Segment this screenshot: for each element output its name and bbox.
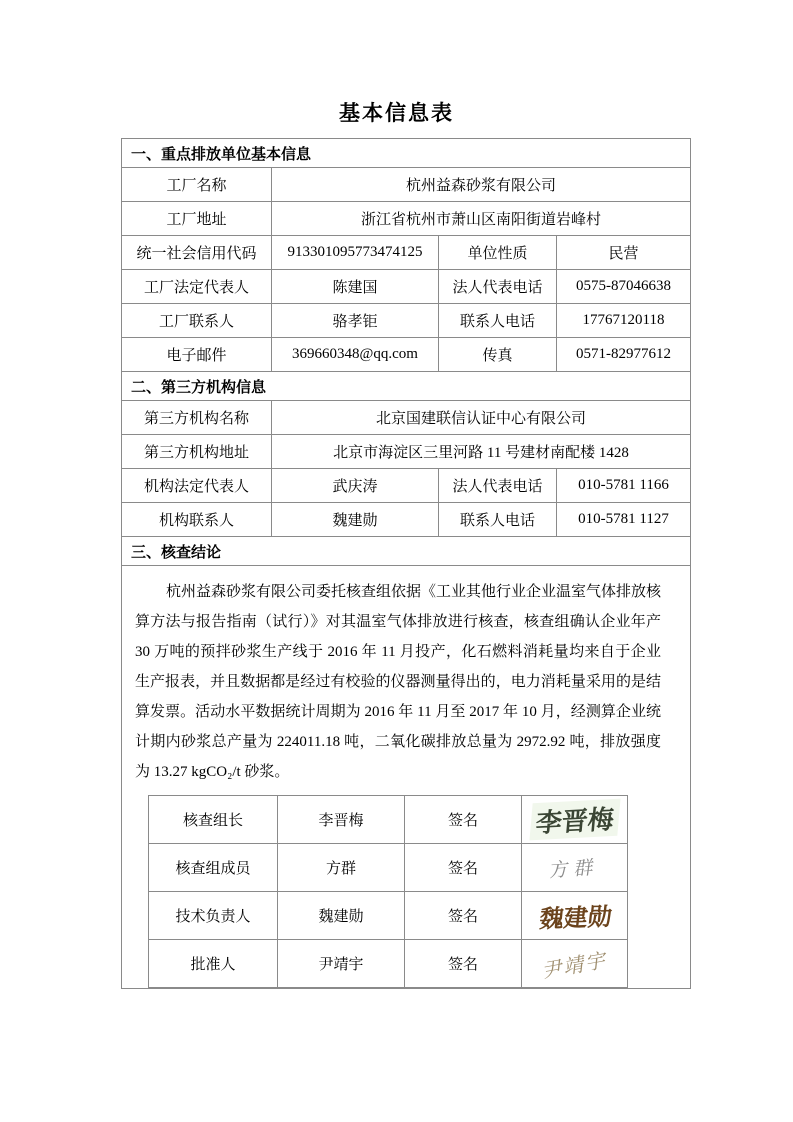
factory-contact-value: 骆孝钜: [271, 304, 438, 337]
section2-header: 二、第三方机构信息: [122, 372, 266, 400]
document-page: 基本信息表 一、重点排放单位基本信息 工厂名称 杭州益森砂浆有限公司 工厂地址 …: [0, 0, 793, 1122]
table-row-factory-name: 工厂名称 杭州益森砂浆有限公司: [122, 167, 690, 201]
conclusion-line: 算发票。活动水平数据统计周期为 2016 年 11 月至 2017 年 10 月…: [135, 697, 661, 727]
section1-header: 一、重点排放单位基本信息: [122, 139, 311, 167]
contact-phone-value: 17767120118: [556, 304, 690, 337]
section2-header-row: 二、第三方机构信息: [122, 371, 690, 400]
conclusion-line: 生产报表，并且数据都是经过有校验的仪器测量得出的，电力消耗量采用的是结: [135, 667, 661, 697]
table-row-email: 电子邮件 369660348@qq.com 传真 0571-82977612: [122, 337, 690, 371]
role-label: 核查组长: [149, 796, 277, 843]
person-name: 李晋梅: [277, 796, 404, 843]
tp-legal-rep-label: 机构法定代表人: [122, 469, 271, 502]
section3-header: 三、核查结论: [122, 537, 221, 565]
signature-row-leader: 核查组长 李晋梅 签名 李晋梅: [149, 796, 627, 843]
legal-rep-value: 陈建国: [271, 270, 438, 303]
tp-contact-value: 魏建勋: [271, 503, 438, 536]
contact-phone-label: 联系人电话: [438, 304, 556, 337]
table-row-tp-name: 第三方机构名称 北京国建联信认证中心有限公司: [122, 400, 690, 434]
legal-rep-label: 工厂法定代表人: [122, 270, 271, 303]
handwritten-signature: 李晋梅: [530, 799, 621, 841]
signature-cell: 李晋梅: [521, 796, 629, 843]
unit-nature-label: 单位性质: [438, 236, 556, 269]
conclusion-line: 为 13.27 kgCO₂/t 砂浆。: [135, 757, 661, 787]
tp-address-label: 第三方机构地址: [122, 435, 271, 468]
fax-value: 0571-82977612: [556, 338, 690, 371]
signature-cell: 方群: [521, 844, 629, 891]
tp-address-value: 北京市海淀区三里河路 11 号建材南配楼 1428: [271, 435, 690, 468]
tp-legal-rep-phone-value: 010-5781 1166: [556, 469, 690, 502]
sign-label: 签名: [404, 892, 521, 939]
tp-name-value: 北京国建联信认证中心有限公司: [271, 401, 690, 434]
credit-code-value: 913301095773474125: [271, 236, 438, 269]
table-row-legal-rep: 工厂法定代表人 陈建国 法人代表电话 0575-87046638: [122, 269, 690, 303]
role-label: 批准人: [149, 940, 277, 987]
tp-contact-phone-label: 联系人电话: [438, 503, 556, 536]
sign-label: 签名: [404, 940, 521, 987]
factory-name-label: 工厂名称: [122, 168, 271, 201]
tp-contact-phone-value: 010-5781 1127: [556, 503, 690, 536]
handwritten-signature: 尹靖宇: [541, 943, 609, 984]
signature-row-tech: 技术负责人 魏建勋 签名 魏建勋: [149, 891, 627, 939]
section1-header-row: 一、重点排放单位基本信息: [122, 139, 690, 167]
legal-rep-phone-value: 0575-87046638: [556, 270, 690, 303]
signature-cell: 魏建勋: [521, 892, 629, 939]
role-label: 核查组成员: [149, 844, 277, 891]
fax-label: 传真: [438, 338, 556, 371]
person-name: 方群: [277, 844, 404, 891]
legal-rep-phone-label: 法人代表电话: [438, 270, 556, 303]
email-value: 369660348@qq.com: [271, 338, 438, 371]
section3-content-row: 杭州益森砂浆有限公司委托核查组依据《工业其他行业企业温室气体排放核 算方法与报告…: [122, 565, 690, 988]
table-row-tp-contact: 机构联系人 魏建勋 联系人电话 010-5781 1127: [122, 502, 690, 536]
conclusion-line: 算方法与报告指南（试行）》对其温室气体排放进行核查，核查组确认企业年产: [135, 607, 661, 637]
table-row-credit-code: 统一社会信用代码 913301095773474125 单位性质 民营: [122, 235, 690, 269]
unit-nature-value: 民营: [556, 236, 690, 269]
factory-contact-label: 工厂联系人: [122, 304, 271, 337]
verification-conclusion: 杭州益森砂浆有限公司委托核查组依据《工业其他行业企业温室气体排放核 算方法与报告…: [122, 566, 674, 988]
table-row-tp-address: 第三方机构地址 北京市海淀区三里河路 11 号建材南配楼 1428: [122, 434, 690, 468]
tp-legal-rep-value: 武庆涛: [271, 469, 438, 502]
person-name: 魏建勋: [277, 892, 404, 939]
factory-name-value: 杭州益森砂浆有限公司: [271, 168, 690, 201]
signature-row-approver: 批准人 尹靖宇 签名 尹靖宇: [149, 939, 627, 987]
email-label: 电子邮件: [122, 338, 271, 371]
signature-table: 核查组长 李晋梅 签名 李晋梅 核查组成员 方群 签名 方群: [148, 795, 628, 988]
factory-address-label: 工厂地址: [122, 202, 271, 235]
handwritten-signature: 魏建勋: [538, 897, 614, 935]
sign-label: 签名: [404, 796, 521, 843]
sign-label: 签名: [404, 844, 521, 891]
signature-row-member: 核查组成员 方群 签名 方群: [149, 843, 627, 891]
table-row-tp-legal-rep: 机构法定代表人 武庆涛 法人代表电话 010-5781 1166: [122, 468, 690, 502]
page-title: 基本信息表: [0, 97, 793, 127]
factory-address-value: 浙江省杭州市萧山区南阳街道岩峰村: [271, 202, 690, 235]
tp-name-label: 第三方机构名称: [122, 401, 271, 434]
role-label: 技术负责人: [149, 892, 277, 939]
conclusion-line: 30 万吨的预拌砂浆生产线于 2016 年 11 月投产，化石燃料消耗量均来自于…: [135, 637, 661, 667]
tp-legal-rep-phone-label: 法人代表电话: [438, 469, 556, 502]
tp-contact-label: 机构联系人: [122, 503, 271, 536]
basic-info-table: 一、重点排放单位基本信息 工厂名称 杭州益森砂浆有限公司 工厂地址 浙江省杭州市…: [121, 138, 691, 989]
section3-header-row: 三、核查结论: [122, 536, 690, 565]
conclusion-line: 计期内砂浆总产量为 224011.18 吨，二氧化碳排放总量为 2972.92 …: [135, 727, 661, 757]
credit-code-label: 统一社会信用代码: [122, 236, 271, 269]
table-row-factory-contact: 工厂联系人 骆孝钜 联系人电话 17767120118: [122, 303, 690, 337]
conclusion-line: 杭州益森砂浆有限公司委托核查组依据《工业其他行业企业温室气体排放核: [135, 577, 661, 607]
person-name: 尹靖宇: [277, 940, 404, 987]
signature-cell: 尹靖宇: [521, 940, 629, 987]
table-row-factory-address: 工厂地址 浙江省杭州市萧山区南阳街道岩峰村: [122, 201, 690, 235]
handwritten-signature: 方群: [549, 852, 603, 883]
